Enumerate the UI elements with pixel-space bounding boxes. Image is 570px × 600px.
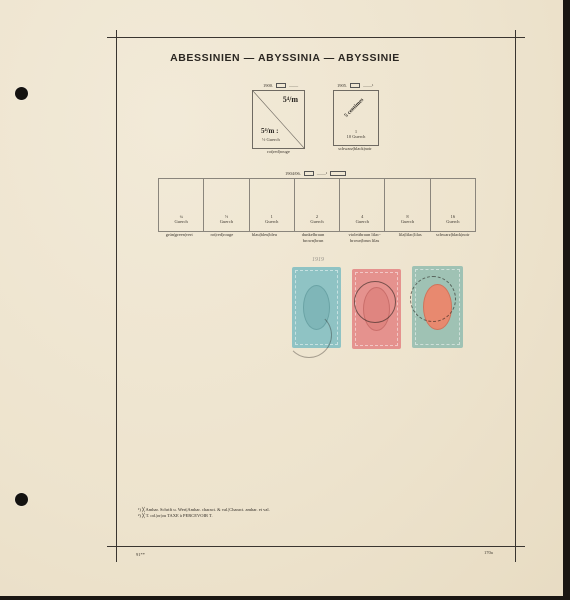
- postmark: [410, 276, 456, 322]
- color-label: grün|green|vert: [158, 232, 201, 243]
- unit: Guerch: [385, 219, 429, 224]
- stamp-space: 16Guerch: [431, 179, 475, 231]
- stamp-shape-icon: [350, 83, 360, 88]
- stamp-space: ½Guerch: [204, 179, 249, 231]
- year-label: 1904/06.: [285, 171, 301, 176]
- color-label: blau|bleu|bleu: [243, 232, 286, 243]
- overprint-text: 5 centimes: [343, 97, 365, 119]
- stamp-space: 8Guerch: [385, 179, 430, 231]
- footer-right: 170a: [484, 550, 493, 555]
- frame-bottom-line: [107, 546, 525, 547]
- stamp-space: 1Guerch: [250, 179, 295, 231]
- footer-left: 91**: [136, 552, 145, 557]
- value-top: 5⁴/m: [283, 95, 298, 104]
- stamp-space-1905: 5 centimes 1 10 Guerch: [333, 90, 379, 146]
- color-label-1900: rot|red|rouge: [252, 149, 305, 155]
- color-label: violettbraun lilac-brown|brun lilas: [340, 232, 389, 243]
- color-labels-row: grün|green|vert rot|red|rouge blau|bleu|…: [158, 232, 474, 243]
- postmark: [354, 281, 396, 323]
- postmark: [286, 312, 332, 358]
- album-page: ABESSINIEN — ABYSSINIA — ABYSSINIE 1900.…: [0, 0, 563, 596]
- frame-left-line: [116, 30, 117, 562]
- dash-icon: ——: [289, 83, 298, 88]
- stamp-shape-icon: [276, 83, 286, 88]
- year-label: 1905.: [337, 83, 347, 88]
- stamp-shape-icon: [304, 171, 314, 176]
- value-sub: ½ Guerch: [262, 137, 280, 142]
- pencil-note: 1919: [312, 257, 324, 263]
- stamp-space: 4Guerch: [340, 179, 385, 231]
- unit: Guerch: [204, 219, 248, 224]
- footnotes: ¹) ╳ Amhar. Schrift u. Wert|Amhar. chara…: [138, 507, 270, 519]
- header-1900: 1900.——: [263, 83, 298, 88]
- punch-hole-top: [15, 87, 28, 100]
- unit: Guerch: [340, 219, 384, 224]
- color-label: rot|red|rouge: [201, 232, 244, 243]
- color-label: dunkelbraun brown|brun: [286, 232, 341, 243]
- unit: Guerch: [295, 219, 339, 224]
- unit: Guerch: [159, 219, 203, 224]
- value-text: 1 10 Guerch: [334, 129, 378, 139]
- punch-hole-bottom: [15, 493, 28, 506]
- stamp-space: ¼Guerch: [159, 179, 204, 231]
- header-1904: 1904/06.——¹: [285, 171, 349, 176]
- color-label-1905: schwarz|black|noir: [329, 146, 381, 152]
- value-bottom: 5⁴/m :: [261, 127, 278, 135]
- header-1905: 1905.——¹: [337, 83, 373, 88]
- year-label: 1900.: [263, 83, 273, 88]
- color-label: schwarz|black|noir: [431, 232, 474, 243]
- unit: Guerch: [431, 219, 475, 224]
- stamp-red: [352, 269, 401, 349]
- dash-icon: ——¹: [317, 171, 327, 176]
- stamp-green-orange: [412, 266, 463, 348]
- page-title: ABESSINIEN — ABYSSINIA — ABYSSINIE: [0, 52, 570, 64]
- frame-top-line: [107, 37, 525, 38]
- stamp-space-1900: 5⁴/m 5⁴/m : ½ Guerch: [252, 90, 305, 149]
- dash-icon: ——¹: [363, 83, 373, 88]
- overprint-box-icon: [330, 171, 346, 176]
- unit: Guerch: [250, 219, 294, 224]
- color-label: lila|lilac|lilas: [389, 232, 432, 243]
- stamp-spaces-row: ¼Guerch ½Guerch 1Guerch 2Guerch 4Guerch …: [158, 178, 476, 232]
- frame-right-line: [515, 30, 516, 562]
- stamp-teal: [292, 267, 341, 348]
- footnote-2: ²) ╳ T. od.|or|ou TAXE à PERCEVOIR T.: [138, 513, 270, 519]
- stamp-space: 2Guerch: [295, 179, 340, 231]
